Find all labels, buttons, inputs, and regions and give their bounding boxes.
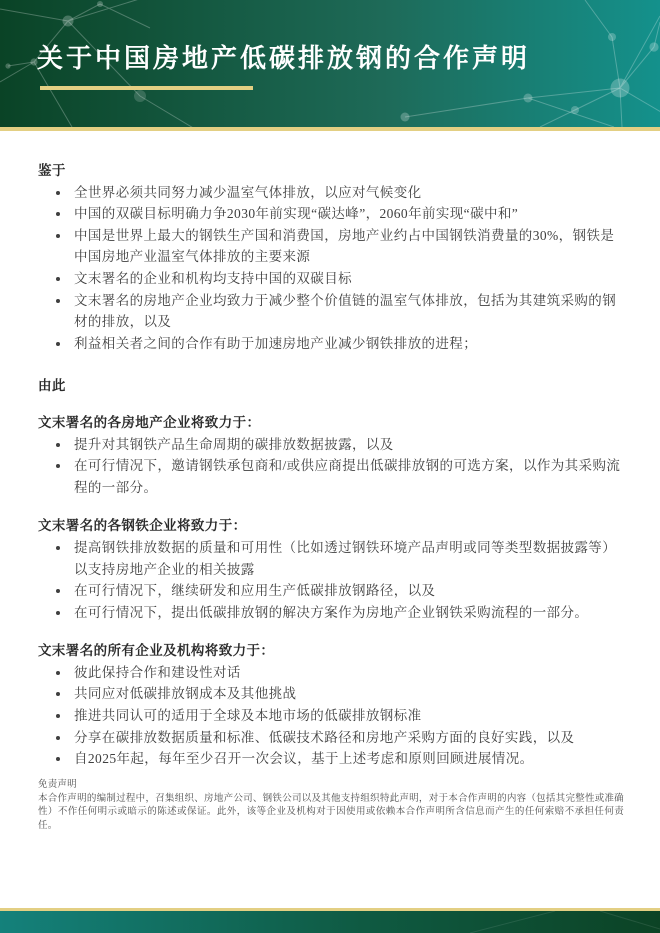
header-banner: 关于中国房地产低碳排放钢的合作声明 (0, 0, 660, 127)
bullet-item: 文末署名的房地产企业均致力于减少整个价值链的温室气体排放，包括为其建筑采购的钢材… (71, 290, 622, 333)
document-page: 关于中国房地产低碳排放钢的合作声明 鉴于 全世界必须共同努力减少温室气体排放，以… (0, 0, 660, 933)
bullet-item: 分享在碳排放数据质量和标准、低碳技术路径和房地产采购方面的良好实践，以及 (71, 727, 622, 749)
bullet-item: 推进共同认可的适用于全球及本地市场的低碳排放钢标准 (71, 705, 622, 727)
bullet-item: 全世界必须共同努力减少温室气体排放，以应对气候变化 (71, 182, 622, 204)
commitment-section-all-parties: 文末署名的所有企业及机构将致力于： 彼此保持合作和建设性对话 共同应对低碳排放钢… (38, 640, 622, 770)
bullet-item: 利益相关者之间的合作有助于加速房地产业减少钢铁排放的进程； (71, 333, 622, 355)
preamble-heading: 鉴于 (38, 160, 622, 182)
preamble-section: 鉴于 全世界必须共同努力减少温室气体排放，以应对气候变化 中国的双碳目标明确力争… (38, 160, 622, 354)
disclaimer-text: 本合作声明的编制过程中，召集组织、房地产公司、钢铁公司以及其他支持组织特此声明，… (38, 793, 624, 834)
footer-band (0, 911, 660, 933)
commitment-section-steelmakers: 文末署名的各钢铁企业将致力于： 提高钢铁排放数据的质量和可用性（比如透过钢铁环境… (38, 515, 622, 623)
commitment-list: 提升对其钢铁产品生命周期的碳排放数据披露，以及 在可行情况下，邀请钢铁承包商和/… (38, 434, 622, 499)
bullet-item: 共同应对低碳排放钢成本及其他挑战 (71, 683, 622, 705)
footer-network-graphic (0, 911, 660, 933)
bullet-item: 彼此保持合作和建设性对话 (71, 662, 622, 684)
commitment-list: 提高钢铁排放数据的质量和可用性（比如透过钢铁环境产品声明或同等类型数据披露等）以… (38, 537, 622, 623)
document-body: 鉴于 全世界必须共同努力减少温室气体排放，以应对气候变化 中国的双碳目标明确力争… (0, 131, 660, 908)
bullet-item: 在可行情况下，提出低碳排放钢的解决方案作为房地产企业钢铁采购流程的一部分。 (71, 602, 622, 624)
bullet-item: 在可行情况下，继续研发和应用生产低碳排放钢路径，以及 (71, 580, 622, 602)
document-title: 关于中国房地产低碳排放钢的合作声明 (37, 38, 530, 75)
transition-heading: 由此 (38, 375, 622, 397)
commitment-list: 彼此保持合作和建设性对话 共同应对低碳排放钢成本及其他挑战 推进共同认可的适用于… (38, 662, 622, 770)
bullet-item: 中国是世界上最大的钢铁生产国和消费国，房地产业约占中国钢铁消费量的30%，钢铁是… (71, 225, 622, 268)
bullet-item: 在可行情况下，邀请钢铁承包商和/或供应商提出低碳排放钢的可选方案，以作为其采购流… (71, 455, 622, 498)
bullet-item: 提升对其钢铁产品生命周期的碳排放数据披露，以及 (71, 434, 622, 456)
commitment-heading: 文末署名的所有企业及机构将致力于： (38, 640, 622, 662)
commitment-heading: 文末署名的各钢铁企业将致力于： (38, 515, 622, 537)
disclaimer-section: 免责声明 本合作声明的编制过程中，召集组织、房地产公司、钢铁公司以及其他支持组织… (38, 779, 624, 833)
commitment-section-developers: 文末署名的各房地产企业将致力于： 提升对其钢铁产品生命周期的碳排放数据披露，以及… (38, 412, 622, 498)
title-gold-underline (40, 86, 253, 90)
preamble-list: 全世界必须共同努力减少温室气体排放，以应对气候变化 中国的双碳目标明确力争203… (38, 182, 622, 355)
bullet-item: 提高钢铁排放数据的质量和可用性（比如透过钢铁环境产品声明或同等类型数据披露等）以… (71, 537, 622, 580)
bullet-item: 中国的双碳目标明确力争2030年前实现“碳达峰”，2060年前实现“碳中和” (71, 203, 622, 225)
bullet-item: 自2025年起，每年至少召开一次会议，基于上述考虑和原则回顾进展情况。 (71, 748, 622, 770)
bullet-item: 文末署名的企业和机构均支持中国的双碳目标 (71, 268, 622, 290)
disclaimer-heading: 免责声明 (38, 779, 624, 793)
commitment-heading: 文末署名的各房地产企业将致力于： (38, 412, 622, 434)
